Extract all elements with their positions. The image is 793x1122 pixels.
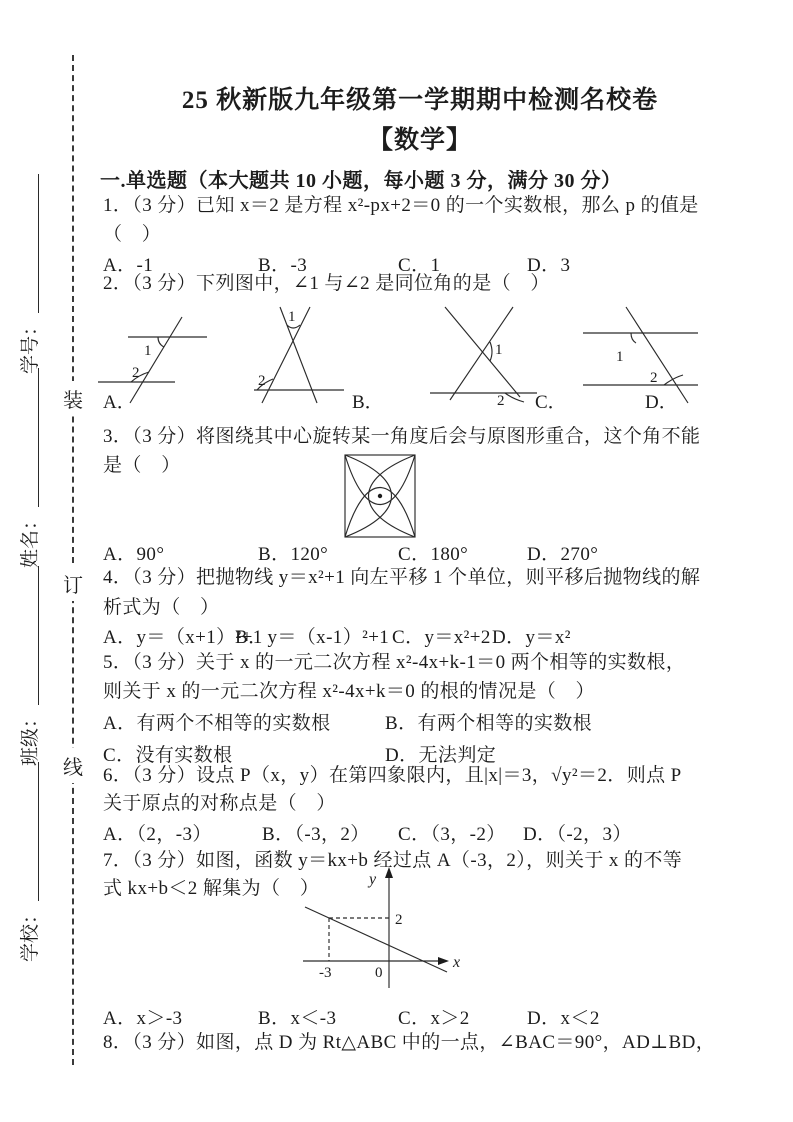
q2d-angle-1-label: 1 — [616, 349, 624, 365]
q2c-angle-2-label: 2 — [497, 393, 505, 409]
section-heading: 一.单选题（本大题共 10 小题，每小题 3 分，满分 30 分） — [100, 164, 622, 193]
q2-figure-d: 1 2 — [578, 305, 706, 405]
q2-figure-b-letter: B． — [352, 387, 384, 414]
binding-char-xian: 线 — [61, 748, 85, 783]
question-6-line-2: 关于原点的对称点是（ ） — [103, 792, 336, 815]
q3-rotation-figure — [343, 453, 417, 539]
side-field-school-label: 学校： — [15, 905, 42, 962]
binding-char-zhuang: 装 — [61, 381, 85, 416]
question-5-line-1: 5．（3 分）关于 x 的一元二次方程 x²-4x+k-1＝0 两个相等的实数根… — [103, 651, 685, 674]
q2c-angle-1-label: 1 — [495, 342, 503, 358]
exam-title: 25 秋新版九年级第一学期期中检测名校卷 — [95, 80, 745, 116]
side-field-student-id: 学号： — [18, 174, 42, 374]
q7-graph-x-value-label: -3 — [319, 965, 332, 981]
q3-center-dot — [378, 494, 382, 498]
q7-graph-y-value-label: 2 — [395, 912, 403, 928]
q3-option-a: A．90° — [103, 539, 164, 566]
question-5-line-2: 则关于 x 的一元二次方程 x²-4x+k＝0 的根的情况是（ ） — [103, 680, 595, 703]
q4-option-d: D．y＝x² — [492, 622, 571, 649]
q6-option-d: D．（-2，3） — [523, 819, 632, 846]
q3-option-c: C．180° — [398, 539, 468, 566]
question-1-line-2: （ ） — [103, 223, 161, 246]
side-field-name: 姓名： — [18, 368, 42, 568]
question-1-line-1: 1．（3 分）已知 x＝2 是方程 x²-px+2＝0 的一个实数根，那么 p … — [103, 194, 699, 217]
binding-char-ding: 订 — [61, 566, 85, 601]
q6-option-a: A．（2，-3） — [103, 819, 212, 846]
q5-option-a: A．有两个不相等的实数根 — [103, 708, 331, 735]
q2a-angle-1-label: 1 — [144, 343, 152, 359]
question-8-line-1: 8．（3 分）如图，点 D 为 Rt△ABC 中的一点，∠BAC＝90°，AD⊥… — [103, 1031, 715, 1054]
side-field-class: 班级： — [18, 566, 42, 766]
q2-figure-b: 1 2 — [252, 305, 347, 405]
q2-figure-c-letter: C． — [535, 387, 567, 414]
q7-line-graph: y x 0 2 -3 — [293, 866, 468, 1001]
question-4-line-1: 4．（3 分）把抛物线 y＝x²+1 向左平移 1 个单位，则平移后抛物线的解 — [103, 566, 700, 589]
name-blank-line — [38, 368, 39, 507]
q7-option-b: B．x＜-3 — [258, 1003, 336, 1030]
q3-option-b: B．120° — [258, 539, 328, 566]
q2-figure-a-letter: A． — [103, 387, 136, 414]
question-6-line-1: 6．（3 分）设点 P（x，y）在第四象限内，且|x|＝3，√y²＝2．则点 P — [103, 764, 682, 787]
side-field-student-id-label: 学号： — [15, 317, 42, 374]
q2-figure-d-letter: D． — [645, 387, 678, 414]
q5-option-c: C．没有实数根 — [103, 740, 232, 767]
question-7-line-2: 式 kx+b＜2 解集为（ ） — [103, 877, 319, 900]
q7-option-c: C．x＞2 — [398, 1003, 470, 1030]
subject-title: 【数学】 — [95, 120, 745, 156]
question-2-line-1: 2．（3 分）下列图中，∠1 与∠2 是同位角的是（ ） — [103, 272, 550, 295]
side-field-class-label: 班级： — [15, 709, 42, 766]
q7-option-a: A．x＞-3 — [103, 1003, 182, 1030]
question-3-line-2: 是（ ） — [103, 454, 181, 477]
exam-paper-page: 装 订 线 学号： 姓名： 班级： 学校： 25 秋新版九年级第一学期期中检测名… — [0, 0, 793, 1122]
class-blank-line — [38, 566, 39, 705]
q3-option-d: D．270° — [527, 539, 598, 566]
q7-option-d: D．x＜2 — [527, 1003, 600, 1030]
q7-graph-origin-label: 0 — [375, 965, 383, 981]
q6-option-c: C．（3，-2） — [398, 819, 506, 846]
side-field-name-label: 姓名： — [15, 511, 42, 568]
q2a-angle-2-label: 2 — [132, 365, 140, 381]
q7-graph-x-axis-label: x — [452, 954, 460, 971]
q5-option-b: B．有两个相等的实数根 — [385, 708, 592, 735]
q2b-angle-2-label: 2 — [258, 373, 266, 389]
q2-figure-c: 1 2 — [425, 305, 545, 405]
question-3-line-1: 3．（3 分）将图绕其中心旋转某一角度后会与原图形重合，这个角不能 — [103, 425, 700, 448]
q2d-angle-2-label: 2 — [650, 370, 658, 386]
question-4-line-2: 析式为（ ） — [103, 596, 219, 619]
q2b-angle-1-label: 1 — [288, 309, 296, 325]
side-field-school: 学校： — [18, 762, 42, 962]
q4-option-c: C．y＝x²+2 — [392, 622, 491, 649]
binding-dashed-line — [72, 55, 74, 1065]
school-blank-line — [38, 762, 39, 901]
q6-option-b: B．（-3，2） — [262, 819, 370, 846]
q4-option-b: B．y＝（x-1）²+1 — [235, 622, 389, 649]
q5-option-d: D．无法判定 — [385, 740, 496, 767]
student-id-blank-line — [38, 174, 39, 313]
q7-graph-y-axis-label: y — [367, 871, 377, 888]
